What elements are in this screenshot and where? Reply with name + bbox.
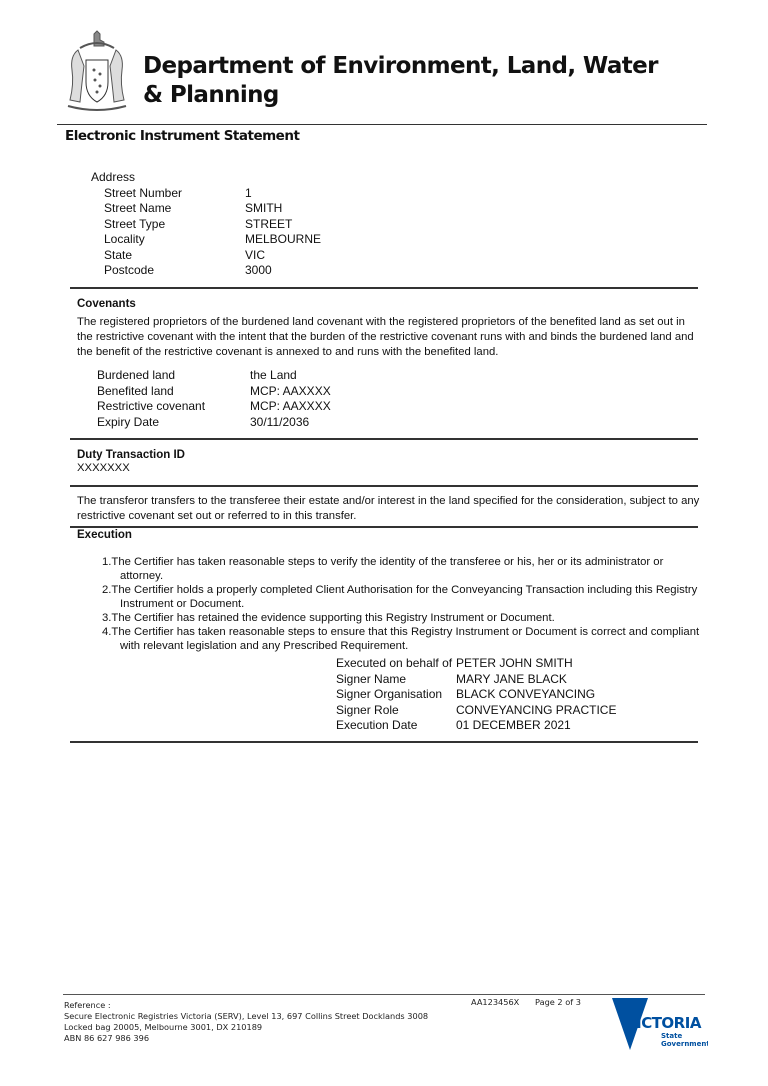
certifier-statement: 1.The Certifier has taken reasonable ste… (102, 555, 702, 583)
field-label: Street Number (104, 186, 245, 202)
execution-field-row: Signer OrganisationBLACK CONVEYANCING (336, 687, 616, 703)
reference-label: Reference : (64, 1000, 428, 1011)
covenant-details: Burdened landthe LandBenefited landMCP: … (97, 368, 331, 430)
field-value: 3000 (245, 263, 272, 279)
certifier-statement: 3.The Certifier has retained the evidenc… (102, 611, 702, 625)
section-divider (70, 526, 698, 528)
field-label: Execution Date (336, 718, 456, 734)
address-field-row: LocalityMELBOURNE (104, 232, 321, 248)
field-label: Restrictive covenant (97, 399, 250, 415)
section-divider (70, 741, 698, 743)
covenants-text: The registered proprietors of the burden… (77, 315, 702, 360)
field-value: 1 (245, 186, 252, 202)
covenant-field-row: Benefited landMCP: AAXXXX (97, 384, 331, 400)
footer-divider (63, 994, 705, 995)
field-value: MCP: AAXXXX (250, 384, 331, 400)
field-label: Benefited land (97, 384, 250, 400)
certifier-statement: 2.The Certifier holds a properly complet… (102, 583, 702, 611)
footer-reference: Reference : Secure Electronic Registries… (64, 1000, 428, 1044)
covenant-field-row: Burdened landthe Land (97, 368, 331, 384)
header-divider (57, 124, 707, 125)
field-value: PETER JOHN SMITH (456, 656, 573, 672)
coat-of-arms-icon (64, 30, 130, 112)
execution-field-row: Executed on behalf ofPETER JOHN SMITH (336, 656, 616, 672)
execution-field-row: Execution Date01 DECEMBER 2021 (336, 718, 616, 734)
field-label: Executed on behalf of (336, 656, 456, 672)
document-title: Electronic Instrument Statement (65, 128, 299, 144)
certifier-statements: 1.The Certifier has taken reasonable ste… (102, 555, 702, 653)
field-value: MELBOURNE (245, 232, 321, 248)
svg-text:Government: Government (661, 1040, 708, 1048)
field-label: Signer Organisation (336, 687, 456, 703)
execution-field-row: Signer NameMARY JANE BLACK (336, 672, 616, 688)
field-value: VIC (245, 248, 265, 264)
address-field-row: Street NameSMITH (104, 201, 321, 217)
covenant-field-row: Restrictive covenantMCP: AAXXXX (97, 399, 331, 415)
field-label: Signer Role (336, 703, 456, 719)
address-field-row: StateVIC (104, 248, 321, 264)
certifier-statement: 4.The Certifier has taken reasonable ste… (102, 625, 702, 653)
transfer-text: The transferor transfers to the transfer… (77, 494, 702, 524)
section-divider (70, 287, 698, 289)
footer-address-line: Locked bag 20005, Melbourne 3001, DX 210… (64, 1022, 428, 1033)
department-title: Department of Environment, Land, Water &… (143, 52, 663, 110)
field-value: CONVEYANCING PRACTICE (456, 703, 616, 719)
footer-abn: ABN 86 627 986 396 (64, 1033, 428, 1044)
field-value: 01 DECEMBER 2021 (456, 718, 571, 734)
svg-text:State: State (661, 1032, 682, 1040)
svg-text:VICTORIA: VICTORIA (625, 1014, 702, 1032)
execution-details: Executed on behalf ofPETER JOHN SMITHSig… (336, 656, 616, 734)
address-field-row: Postcode3000 (104, 263, 321, 279)
field-value: SMITH (245, 201, 282, 217)
field-value: MARY JANE BLACK (456, 672, 567, 688)
field-label: Street Type (104, 217, 245, 233)
field-label: Street Name (104, 201, 245, 217)
address-label: Address (91, 170, 321, 186)
address-field-row: Street Number1 (104, 186, 321, 202)
duty-heading: Duty Transaction ID (77, 449, 185, 461)
field-label: Expiry Date (97, 415, 250, 431)
execution-field-row: Signer RoleCONVEYANCING PRACTICE (336, 703, 616, 719)
duty-transaction-id: XXXXXXX (77, 461, 130, 476)
page-number: Page 2 of 3 (535, 997, 581, 1007)
field-value: the Land (250, 368, 297, 384)
address-block: Address Street Number1Street NameSMITHSt… (91, 170, 321, 279)
field-value: BLACK CONVEYANCING (456, 687, 595, 703)
document-reference: AA123456X (471, 997, 519, 1007)
victoria-state-government-logo-icon: VICTORIA State Government (612, 998, 708, 1052)
field-label: Signer Name (336, 672, 456, 688)
covenant-field-row: Expiry Date30/11/2036 (97, 415, 331, 431)
execution-heading: Execution (77, 529, 132, 541)
address-field-row: Street TypeSTREET (104, 217, 321, 233)
section-divider (70, 485, 698, 487)
section-divider (70, 438, 698, 440)
field-value: 30/11/2036 (250, 415, 309, 431)
field-label: Burdened land (97, 368, 250, 384)
field-label: Postcode (104, 263, 245, 279)
field-label: State (104, 248, 245, 264)
covenants-heading: Covenants (77, 298, 136, 310)
footer-address-line: Secure Electronic Registries Victoria (S… (64, 1011, 428, 1022)
field-value: MCP: AAXXXX (250, 399, 331, 415)
field-value: STREET (245, 217, 292, 233)
field-label: Locality (104, 232, 245, 248)
